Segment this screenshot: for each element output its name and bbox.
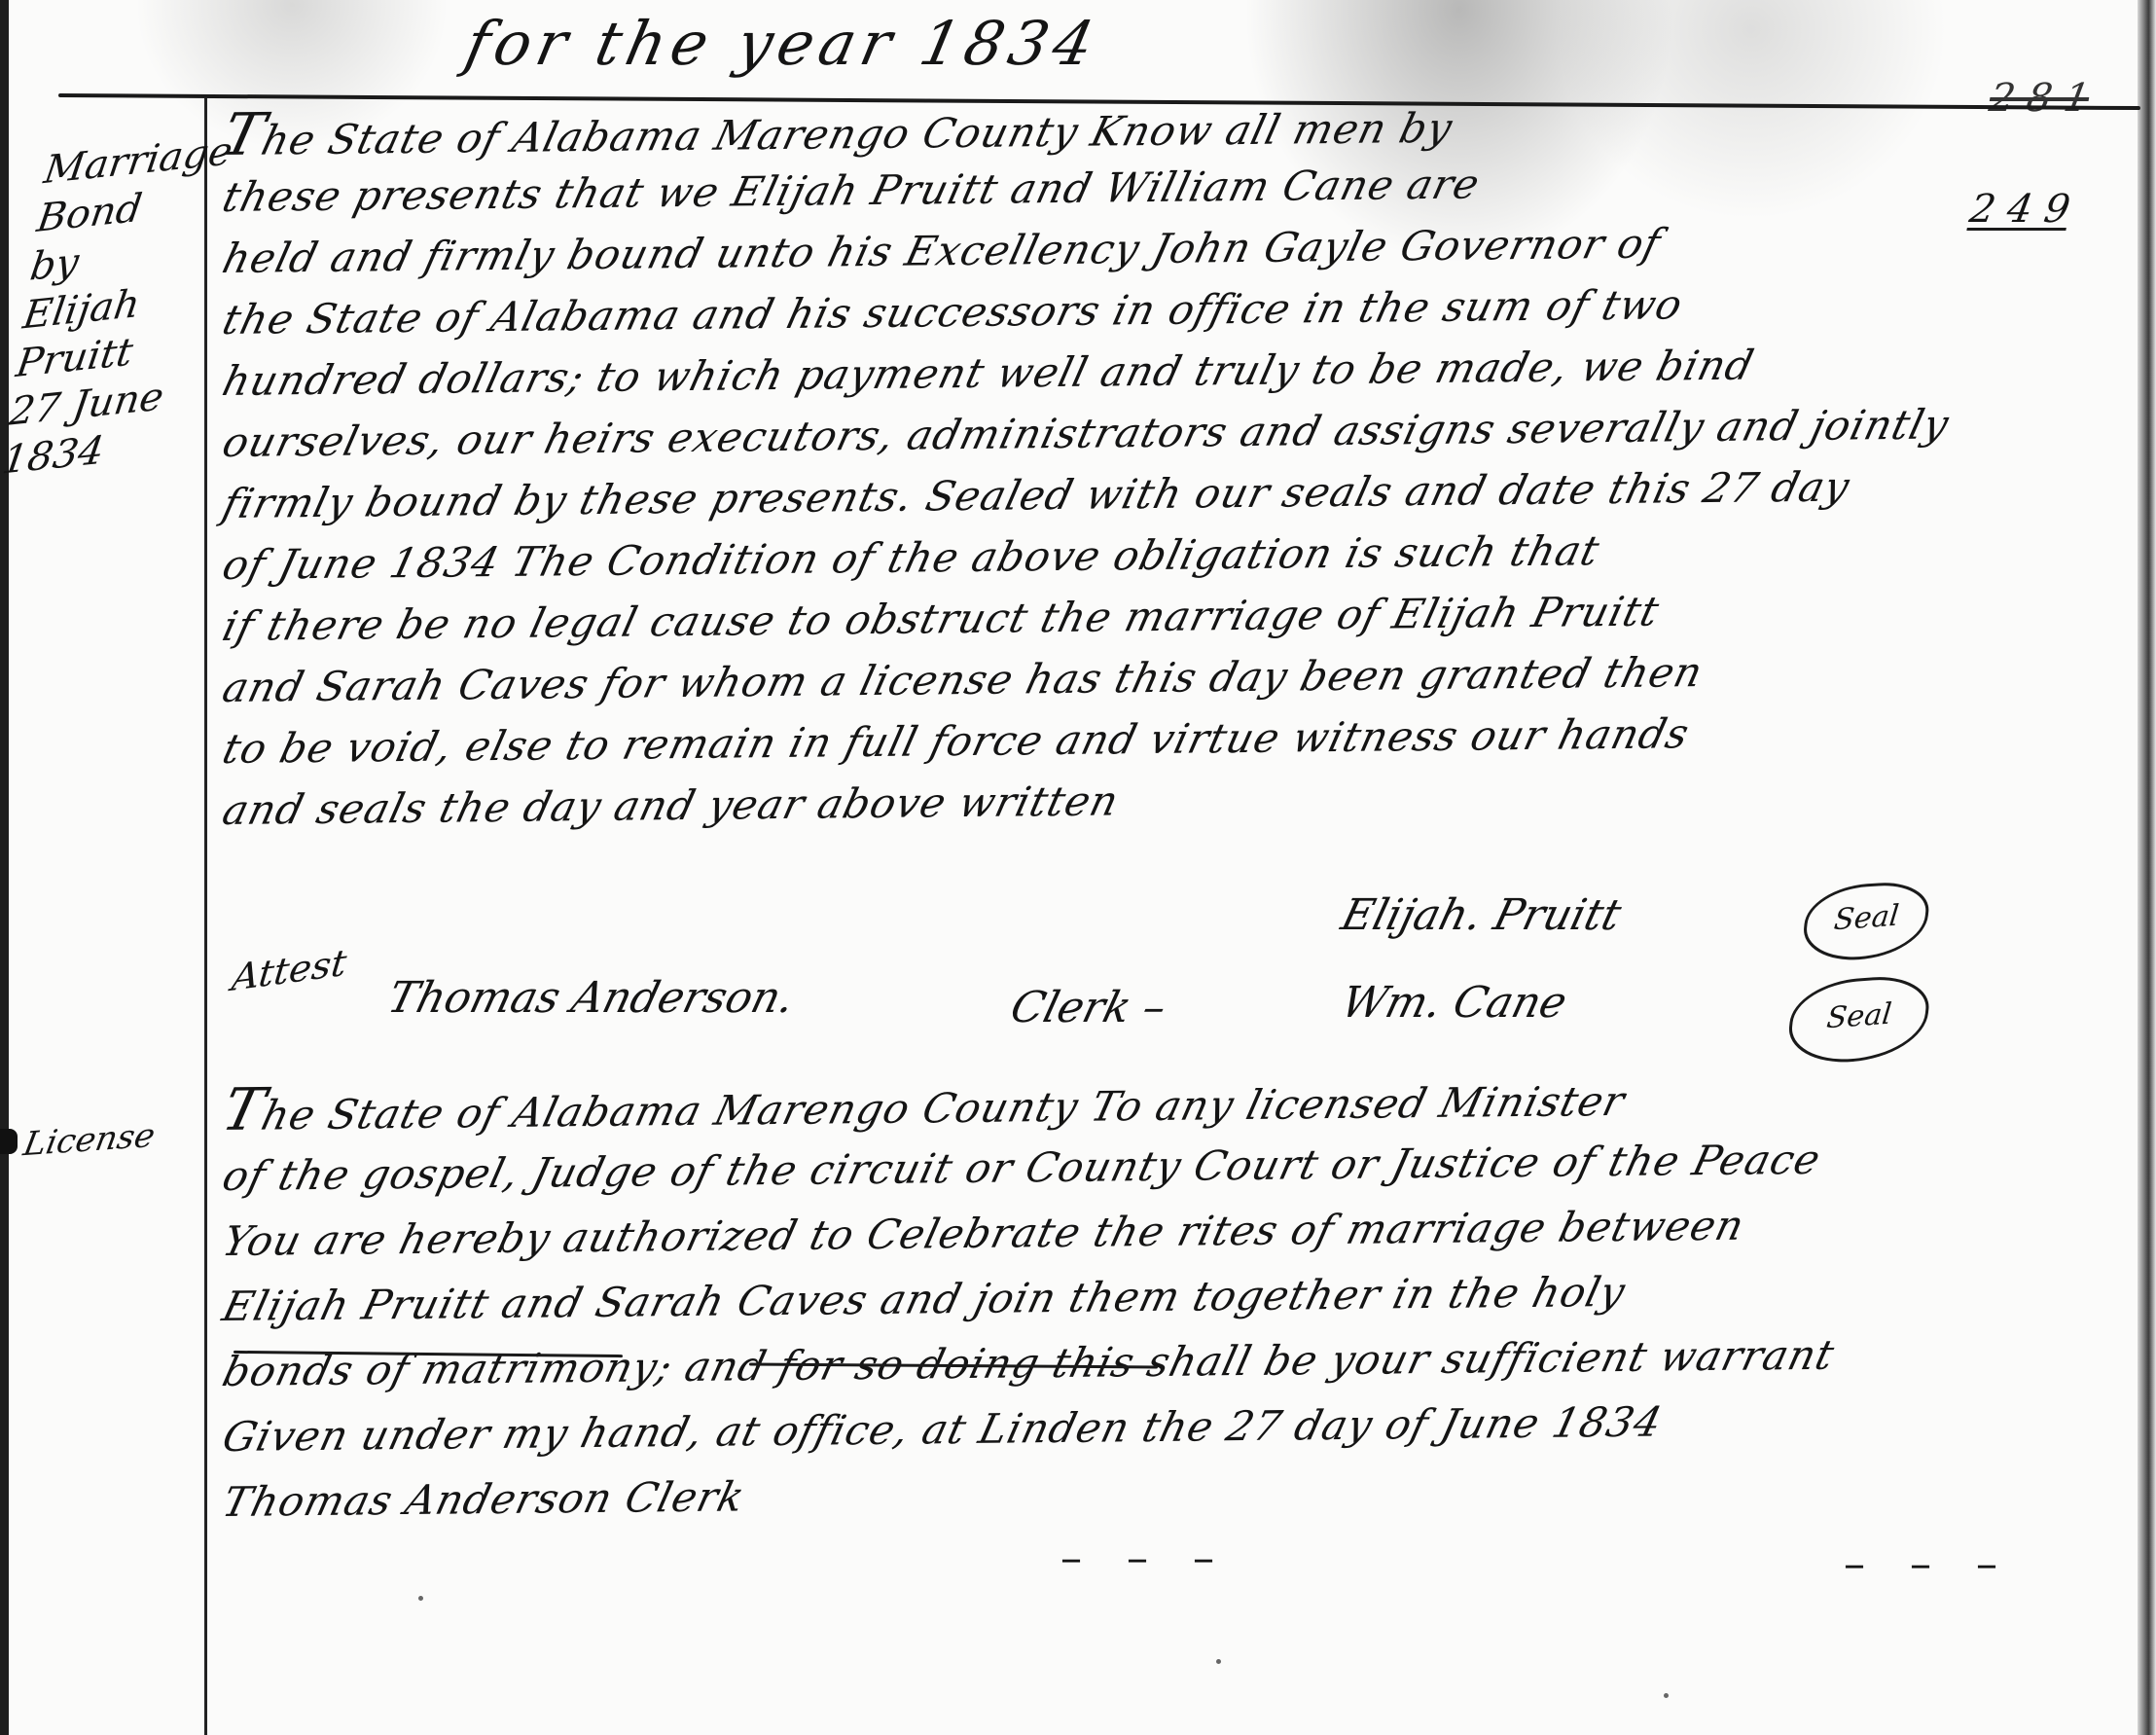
- paper-speck: [1216, 1659, 1221, 1664]
- paper-speck: [418, 1596, 423, 1601]
- seal-mark: Seal: [1800, 880, 1932, 964]
- seal-mark: Seal: [1785, 973, 1933, 1066]
- marriage-license-entry: The State of Alabama Marengo County To a…: [224, 1078, 2131, 1535]
- page-header-title: for the year 1834: [459, 8, 1105, 79]
- margin-note-license: License: [19, 1108, 206, 1169]
- end-dashes: – – –: [1844, 1539, 2013, 1589]
- attest-label: Attest: [230, 941, 348, 999]
- binding-edge-right: [2138, 0, 2156, 1735]
- ledger-page: for the year 1834 2 8 1 2 4 9 Marriage B…: [0, 0, 2156, 1735]
- margin-rule: [204, 97, 207, 1735]
- paper-speck: [1664, 1693, 1669, 1698]
- signature-thomas-anderson: Thomas Anderson.: [383, 973, 800, 1023]
- binding-tab: [0, 1129, 18, 1154]
- marriage-bond-entry: The State of Alabama Marengo County Know…: [224, 105, 2131, 841]
- signature-william-cane: Wm. Cane: [1337, 978, 1572, 1028]
- trailing-dashes: – – –: [1060, 1534, 1230, 1583]
- clerk-title: Clerk –: [1006, 983, 1171, 1032]
- margin-note-marriage-bond: Marriage Bond by Elijah Pruitt 27 June 1…: [0, 128, 227, 486]
- binding-edge-left: [0, 0, 9, 1735]
- signature-elijah-pruitt: Elijah. Pruitt: [1337, 890, 1627, 940]
